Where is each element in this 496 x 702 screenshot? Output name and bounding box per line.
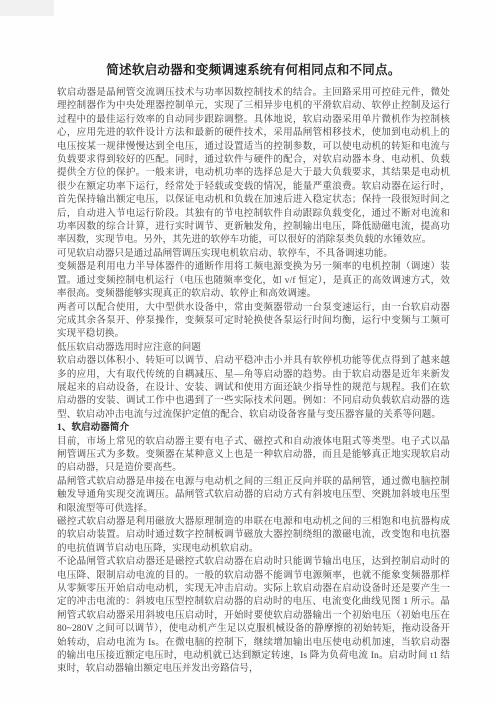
paragraph-selection-note-title: 低压软启动器选用时应注意的问题 — [57, 342, 450, 355]
paragraph-soft-starter-limit: 可见软启动器只是通过晶闸管调压实现电机软启动、软停车，不具备调速功能。 — [57, 248, 450, 261]
paragraph-soft-starter-intro: 软启动器是晶闸管交流调压技术与功率因数控制技术的结合。主回路采用可控硅元件，微处… — [57, 87, 450, 248]
document-title: 简述软启动器和变频调速系统有何相同点和不同点。 — [57, 63, 450, 78]
paragraph-magnetic-type: 磁控式软启动器是利用磁放大器原理制造的串联在电源和电动机之间的三相饱和电抗器构成… — [57, 516, 450, 556]
paragraph-advantages-issues: 软启动器以体积小、转矩可以调节、启动平稳冲击小并具有软停机功能等优点得到了越来越… — [57, 355, 450, 422]
scan-artifact — [0, 0, 54, 16]
paragraph-thyristor-type: 晶闸管式软启动器是串接在电源与电动机之间的三组正反向并联的晶闸管，通过微电脑控制… — [57, 476, 450, 516]
paragraph-vfd-description: 变频器是利用电力半导体器件的通断作用将工频电源变换为另一频率的电机控制（调速）装… — [57, 261, 450, 301]
paragraph-starter-types: 目前，市场上常见的软启动器主要有电子式、磁控式和自动液体电阻式等类型。电子式以晶… — [57, 436, 450, 476]
document-page: 简述软启动器和变频调速系统有何相同点和不同点。 软启动器是晶闸管交流调压技术与功… — [0, 0, 496, 702]
section-heading-soft-starter-brief: 1、软启动器简介 — [57, 422, 450, 435]
paragraph-combined-use: 两者可以配合使用，大中型供水设备中，常由变频器带动一台泵变速运行，由一台软启动器… — [57, 302, 450, 342]
paragraph-ramp-voltage-start: 不论晶闸管式软启动器还是磁控式软启动器在启动时只能调节输出电压，达到控制启动时的… — [57, 556, 450, 677]
